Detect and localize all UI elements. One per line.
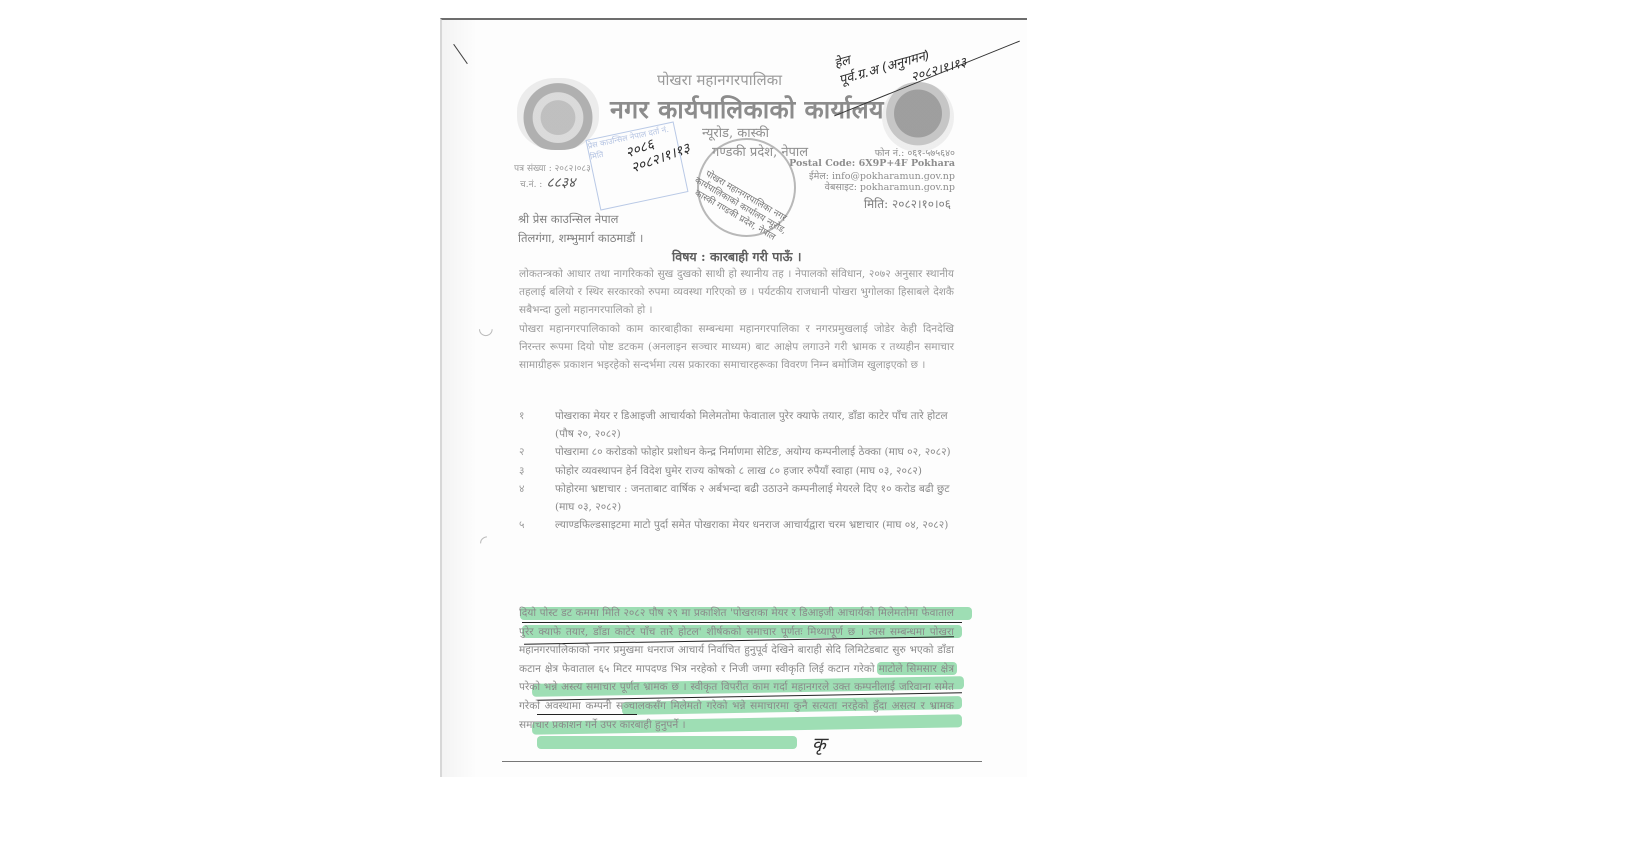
- addressee: श्री प्रेस काउन्सिल नेपाल तिलगंगा, शम्भु…: [518, 210, 643, 248]
- contact-website: वेबसाइट: pokharamun.gov.np: [825, 180, 955, 193]
- pen-tick-mark: [453, 44, 468, 64]
- paragraph-context: पोखरा महानगरपालिकाको काम कारबाहीका सम्बन…: [519, 320, 954, 375]
- addressee-line2: तिलगंगा, शम्भुमार्ग काठमाडौं ।: [518, 229, 643, 248]
- list-item: ३फोहोर व्यवस्थापन हेर्न विदेश घुमेर राज्…: [519, 463, 959, 481]
- list-item-text: ल्याण्डफिल्डसाइटमा माटो पुर्दा समेत पोखर…: [555, 519, 948, 531]
- list-item-text: पोखरामा ८० करोडको फोहोर प्रशोधन केन्द्र …: [555, 446, 951, 458]
- list-item: ४फोहोरमा भ्रष्टाचार : जनताबाट वार्षिक २ …: [519, 481, 959, 516]
- list-item-text: पोखराका मेयर र डिआइजी आचार्यको मिलेमतोमा…: [555, 410, 948, 440]
- list-item: २पोखरामा ८० करोडको फोहोर प्रशोधन केन्द्र…: [519, 444, 959, 462]
- list-item-text: फोहोर व्यवस्थापन हेर्न विदेश घुमेर राज्य…: [555, 465, 922, 477]
- paragraph-intro: लोकतन्त्रको आधार तथा नागरिकको सुख दुखको …: [519, 265, 954, 320]
- list-item: ५ल्याण्डफिल्डसाइटमा माटो पुर्दा समेत पोख…: [519, 517, 959, 535]
- punch-hole-mark: ◜: [480, 532, 487, 553]
- list-item-number: ४: [519, 481, 524, 499]
- scanned-letter-page: पोखरा महानगरपालिका नगर कार्यपालिकाको कार…: [440, 18, 1027, 777]
- addressee-line1: श्री प्रेस काउन्सिल नेपाल: [518, 210, 643, 229]
- signature: कृ: [812, 732, 826, 756]
- paragraph-complaint: दियो पोस्ट डट कममा मिति २०८२ पौष २९ मा प…: [519, 604, 954, 734]
- list-item-number: २: [519, 444, 524, 462]
- dispatch-number-label: च.नं. :: [520, 180, 542, 190]
- news-items-list: १पोखराका मेयर र डिआइजी आचार्यको मिलेमतोम…: [519, 408, 959, 536]
- contact-postal-code: Postal Code: 6X9P+4F Pokhara: [789, 158, 955, 169]
- footer-rule: [502, 761, 982, 762]
- list-item-number: ५: [519, 517, 524, 535]
- office-name: नगर कार्यपालिकाको कार्यालय: [610, 92, 884, 126]
- subject-line: विषय : कारबाही गरी पाऊँ ।: [672, 248, 802, 265]
- municipality-name: पोखरा महानगरपालिका: [657, 70, 782, 90]
- punch-hole-mark: ◡: [478, 318, 494, 339]
- list-item: १पोखराका मेयर र डिआइजी आचार्यको मिलेमतोम…: [519, 408, 959, 443]
- dispatch-number-value: ८८३४: [546, 175, 575, 191]
- dispatch-number: च.नं. :८८३४: [520, 173, 575, 192]
- list-item-number: ३: [519, 463, 524, 481]
- list-item-number: १: [519, 408, 524, 426]
- letter-date: मिति: २०८२।१०।०६: [864, 195, 951, 212]
- highlight-mark: [537, 736, 797, 749]
- list-item-text: फोहोरमा भ्रष्टाचार : जनताबाट वार्षिक २ अ…: [555, 483, 950, 513]
